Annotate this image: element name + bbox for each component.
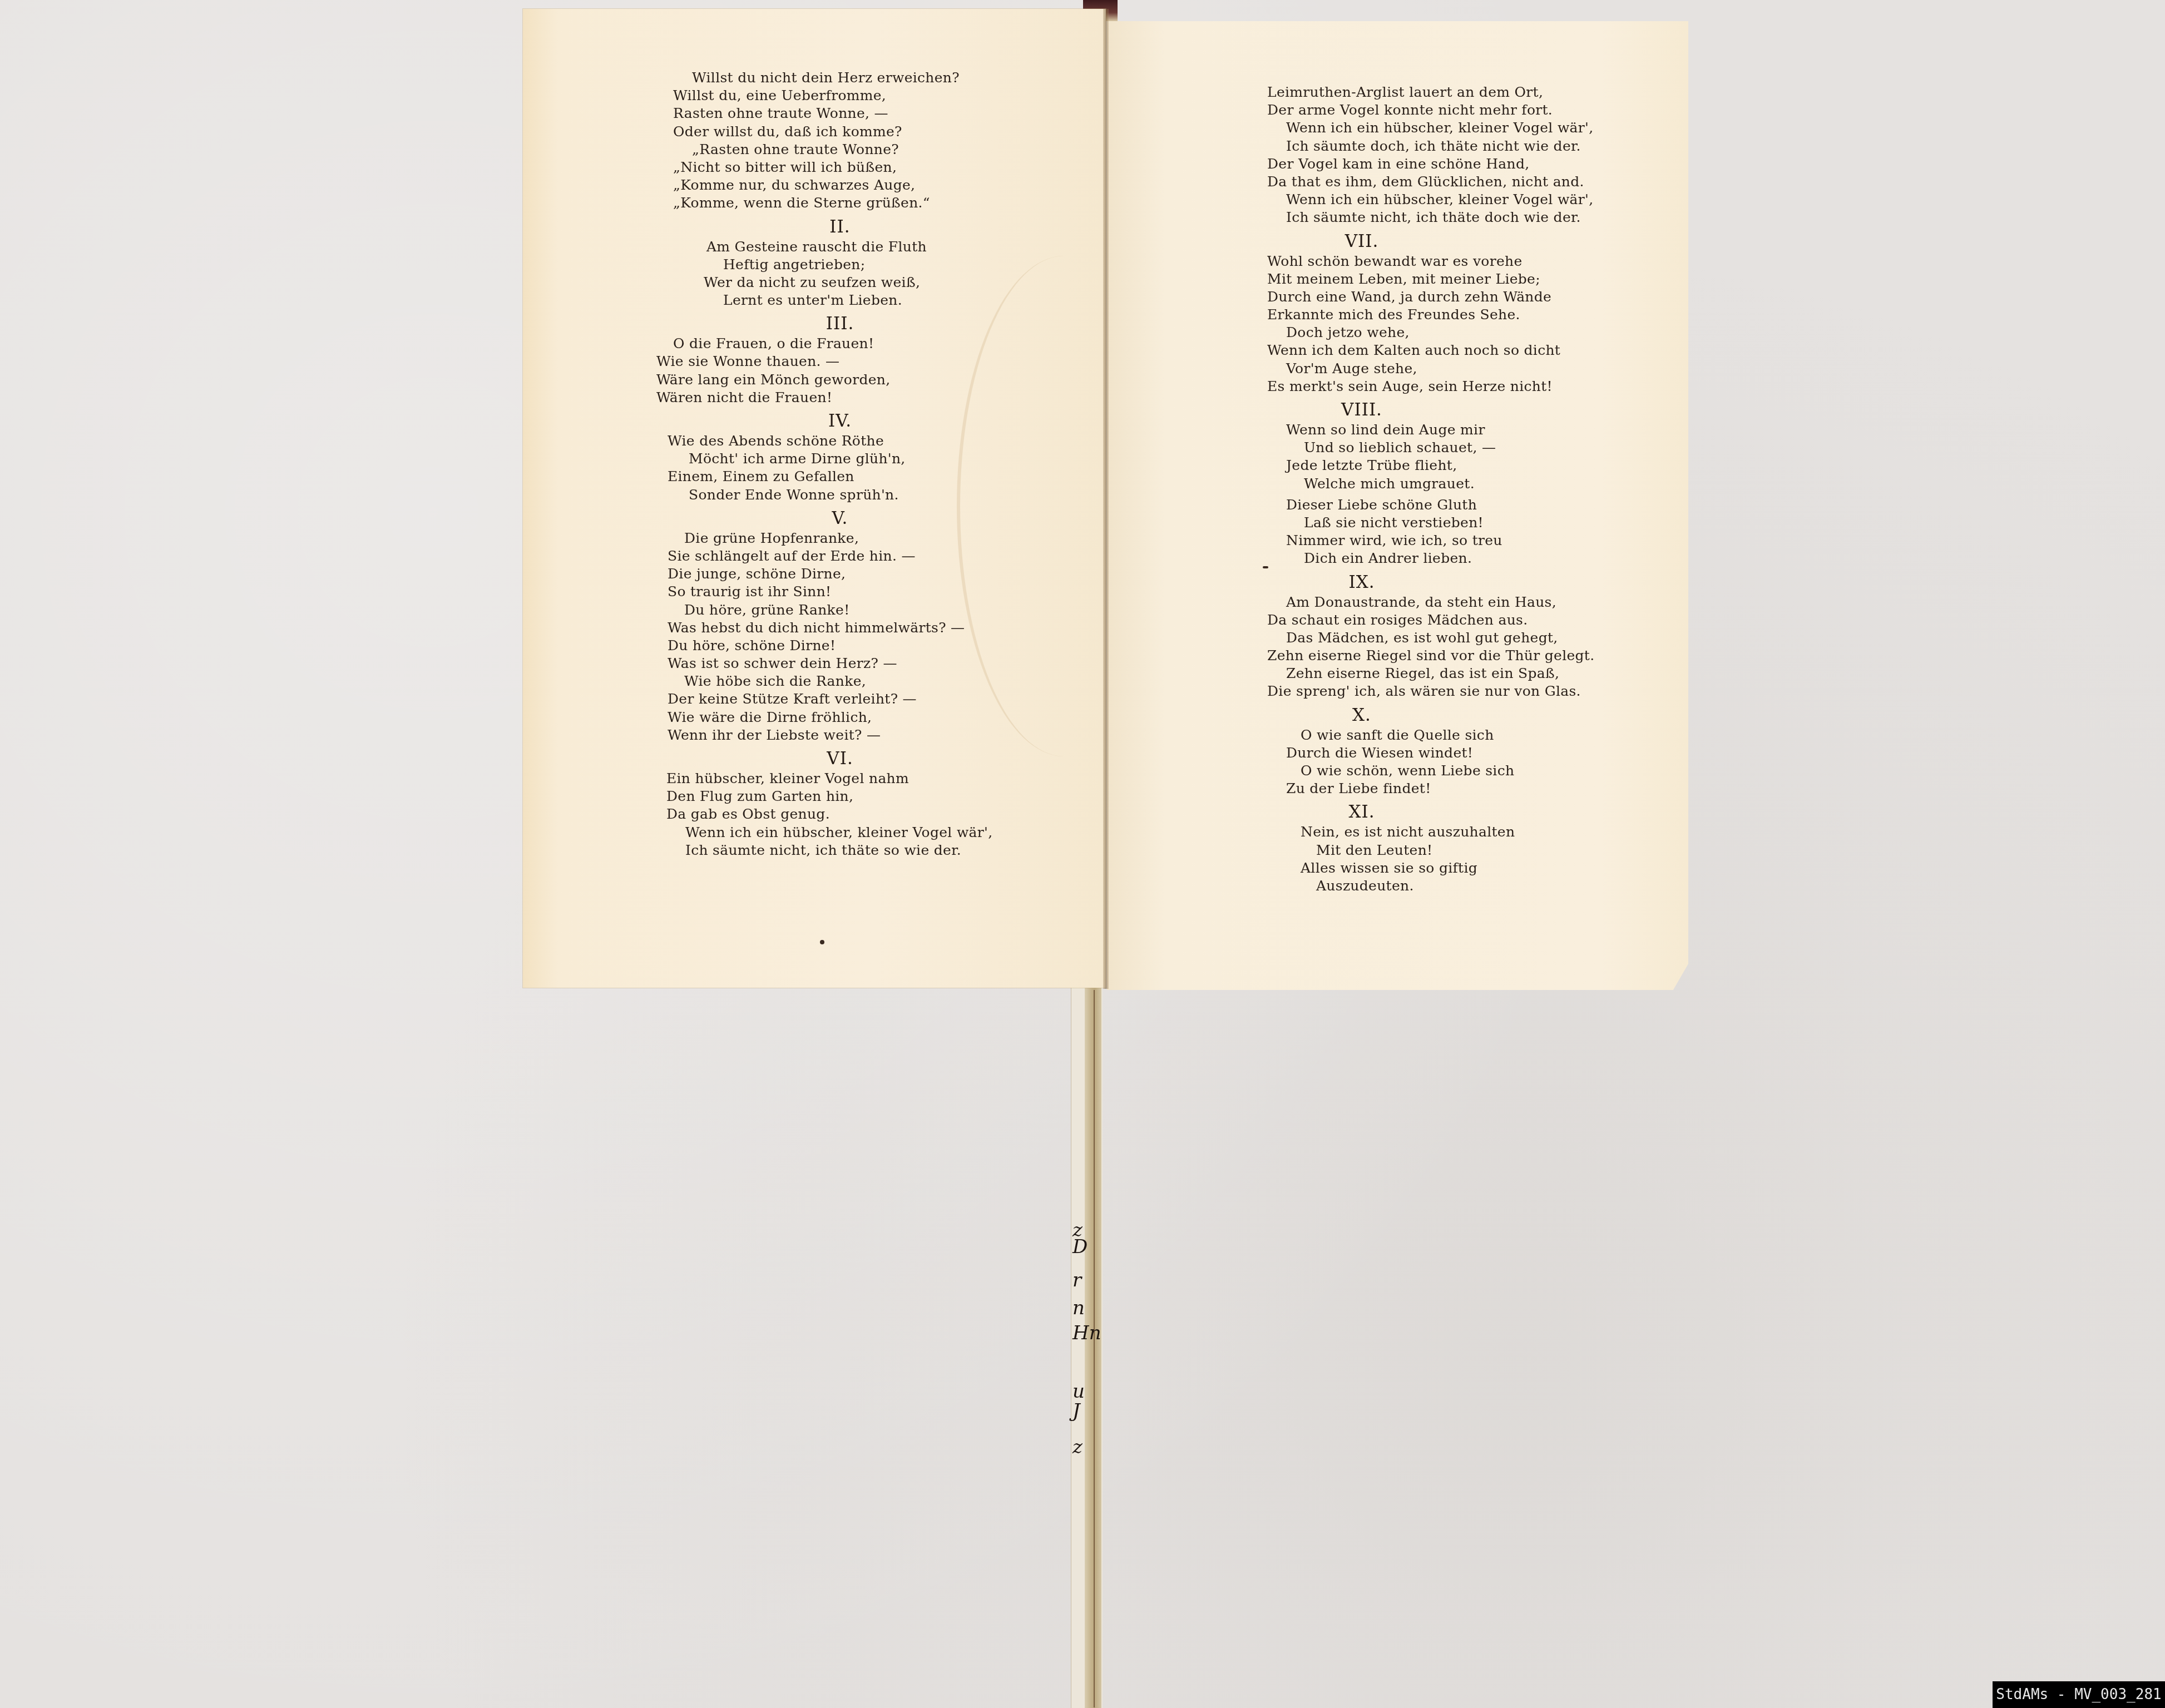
verse-line: Am Gesteine rauscht die Fluth [673,238,1007,256]
section-heading: VIII. [1267,399,1456,421]
verse-line: Einem, Einem zu Gefallen [668,468,1007,486]
verse-line: Erkannte mich des Freundes Sehe. [1267,306,1612,324]
verse-line: Nein, es ist nicht auszuhalten [1267,823,1612,841]
verse-line: Da gab es Obst genug. [666,805,1007,823]
verse-line: Mit den Leuten! [1267,841,1612,859]
verse-line: Durch eine Wand, ja durch zehn Wände [1267,288,1612,306]
verse-line: Ein hübscher, kleiner Vogel nahm [666,770,1007,788]
spine-crack [1094,990,1095,1707]
handwriting-mark: D [1072,1237,1088,1256]
section-heading: VI. [673,747,1007,770]
verse-line: Dieser Liebe schöne Gluth [1267,496,1612,514]
verse-line: Leimruthen-Arglist lauert an dem Ort, [1267,83,1612,101]
right-page-text: Leimruthen-Arglist lauert an dem Ort, De… [1267,83,1612,895]
verse-line: Laß sie nicht verstieben! [1267,514,1612,532]
verse-line: Wenn ich ein hübscher, kleiner Vogel wär… [1267,119,1612,137]
section-heading: II. [673,216,1007,238]
verse-line: Willst du nicht dein Herz erweichen? [673,69,1007,87]
verse-line: Wenn ich ein hübscher, kleiner Vogel wär… [1267,191,1612,209]
verse-line: Wenn so lind dein Auge mir [1267,421,1612,439]
handwriting-mark: r [1072,1271,1081,1290]
handwriting-mark: Hn [1072,1324,1101,1343]
verse-line: Wie sie Wonne thauen. — [656,353,1007,370]
verse-line: Wenn ich ein hübscher, kleiner Vogel wär… [673,824,1007,841]
verse-line: Rasten ohne traute Wonne, — [673,105,1007,122]
verse-line: Die spreng' ich, als wären sie nur von G… [1267,682,1612,700]
verse-line: Zu der Liebe findet! [1267,780,1612,798]
verse-line: Da that es ihm, dem Glücklichen, nicht a… [1267,173,1612,191]
section-heading: XI. [1267,801,1456,823]
verse-line: Oder willst du, daß ich komme? [673,123,1007,141]
verse-line: Durch die Wiesen windet! [1267,744,1612,762]
verse-line: Lernt es unter'm Lieben. [673,291,1007,309]
section-heading: X. [1267,704,1456,726]
verse-line: Es merkt's sein Auge, sein Herze nicht! [1267,378,1612,395]
verse-line: Wohl schön bewandt war es vorehe [1267,253,1612,270]
archive-label: StdAMs - MV_003_281 [1993,1681,2165,1708]
verse-line: Da schaut ein rosiges Mädchen aus. [1267,611,1612,629]
verse-line: Wie wäre die Dirne fröhlich, [668,709,1007,726]
verse-line: Jede letzte Trübe flieht, [1267,457,1612,474]
verse-line: „Nicht so bitter will ich büßen, [673,159,1007,176]
section-heading: III. [673,313,1007,335]
verse-line: Die junge, schöne Dirne, [668,565,1007,583]
verse-line: Ich säumte nicht, ich thäte so wie der. [673,841,1007,859]
section-heading: IV. [673,410,1007,432]
verse-line: Der keine Stütze Kraft verleiht? — [668,690,1007,708]
handwriting-mark: J [1072,1402,1080,1420]
verse-line: Was hebst du dich nicht himmelwärts? — [668,619,1007,637]
verse-line: Auszudeuten. [1267,877,1612,895]
handwriting-mark: u [1072,1382,1085,1401]
verse-line: Wenn ich dem Kalten auch noch so dicht [1267,341,1612,359]
verse-line: O wie schön, wenn Liebe sich [1267,762,1612,780]
verse-line: So traurig ist ihr Sinn! [668,583,1007,601]
verse-line: Und so lieblich schauet, — [1267,439,1612,457]
verse-line: Nimmer wird, wie ich, so treu [1267,532,1612,549]
verse-line: Alles wissen sie so giftig [1267,859,1612,877]
verse-line: Am Donaustrande, da steht ein Haus, [1267,593,1612,611]
gutter-fold [1103,9,1109,989]
verse-line: Du höre, grüne Ranke! [673,601,1007,619]
section-heading: V. [673,507,1007,529]
spine-binding [1085,987,1101,1708]
verse-line: Dich ein Andrer lieben. [1267,549,1612,567]
verse-line: Wie des Abends schöne Röthe [668,432,1007,450]
verse-line: „Rasten ohne traute Wonne? [673,141,1007,159]
verse-line: Wie höbe sich die Ranke, [673,672,1007,690]
verse-line: Sie schlängelt auf der Erde hin. — [668,547,1007,565]
verse-line: Der Vogel kam in eine schöne Hand, [1267,155,1612,173]
handwriting-mark: z [1072,1438,1082,1457]
ink-mark [1263,566,1268,568]
verse-line: Ich säumte doch, ich thäte nicht wie der… [1267,137,1612,155]
verse-line: „Komme nur, du schwarzes Auge, [673,176,1007,194]
verse-line: O wie sanft die Quelle sich [1267,726,1612,744]
verse-line: Zehn eiserne Riegel, das ist ein Spaß, [1267,665,1612,682]
section-heading: VII. [1267,230,1456,253]
verse-line: Den Flug zum Garten hin, [666,788,1007,805]
verse-line: Wenn ihr der Liebste weit? — [668,726,1007,744]
verse-line: Heftig angetrieben; [673,256,1007,274]
verse-line: Welche mich umgrauet. [1267,475,1612,493]
verse-line: Doch jetzo wehe, [1267,324,1612,341]
verse-line: Willst du, eine Ueberfromme, [673,87,1007,105]
verse-line: Wäre lang ein Mönch geworden, [656,371,1007,389]
section-heading: IX. [1267,571,1456,593]
verse-line: Das Mädchen, es ist wohl gut gehegt, [1267,629,1612,647]
verse-line: Wären nicht die Frauen! [656,389,1007,407]
verse-line: O die Frauen, o die Frauen! [656,335,1007,353]
verse-line: „Komme, wenn die Sterne grüßen.“ [673,194,1007,212]
verse-line: Du höre, schöne Dirne! [668,637,1007,655]
verse-line: Die grüne Hopfenranke, [673,529,1007,547]
verse-line: Wer da nicht zu seufzen weiß, [673,274,1007,291]
verse-line: Zehn eiserne Riegel sind vor die Thür ge… [1267,647,1612,665]
verse-line: Sonder Ende Wonne sprüh'n. [673,486,1007,504]
handwriting-mark: n [1072,1299,1085,1318]
verse-line: Was ist so schwer dein Herz? — [668,655,1007,672]
left-page-text: Willst du nicht dein Herz erweichen? Wil… [673,69,1007,859]
verse-line: Vor'm Auge stehe, [1267,360,1612,378]
verse-line: Möcht' ich arme Dirne glüh'n, [673,450,1007,468]
verse-line: Ich säumte nicht, ich thäte doch wie der… [1267,209,1612,226]
verse-line: Der arme Vogel konnte nicht mehr fort. [1267,101,1612,119]
verse-line: Mit meinem Leben, mit meiner Liebe; [1267,270,1612,288]
ink-speck [820,940,824,944]
